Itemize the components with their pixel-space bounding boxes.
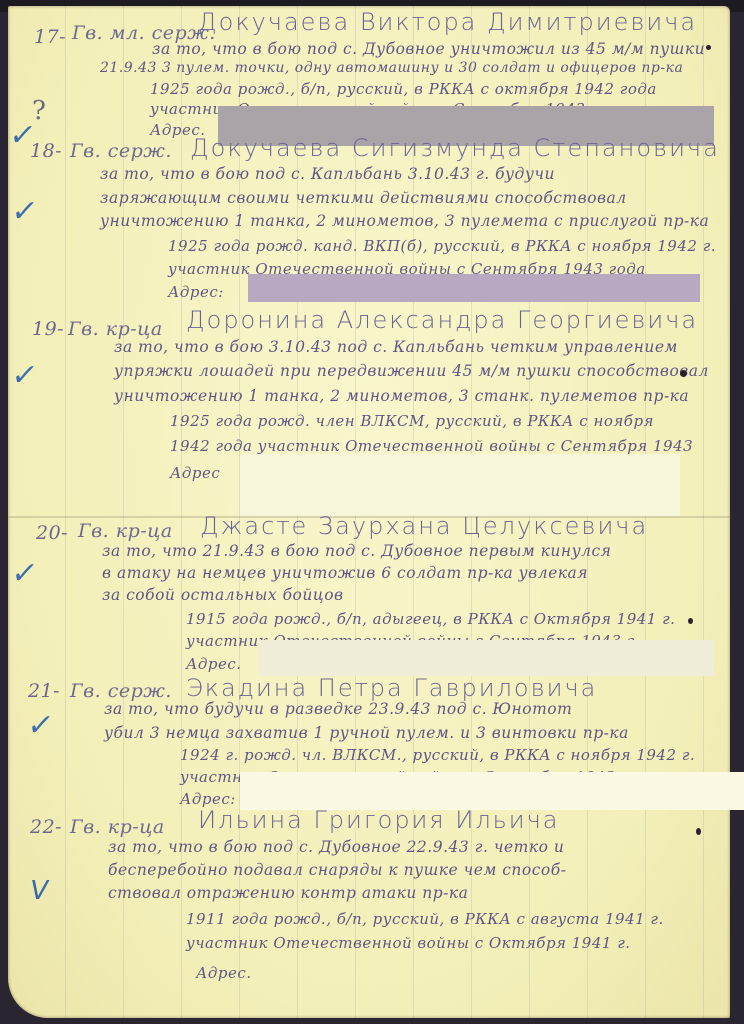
entry-citation-line: за то, что в бою под с. Дубовное уничтож… (152, 40, 705, 58)
redacted-address (248, 274, 700, 302)
entry-name: Докучаева Сигизмунда Степановича (190, 134, 720, 162)
entry-bio-line: 1911 года рожд., б/п, русский, в РККА с … (186, 910, 664, 928)
entry-citation-line: за то, что в бою 3.10.43 под с. Капльбан… (114, 338, 678, 356)
entry-bio-line: 1925 года рожд. член ВЛКСМ, русский, в Р… (170, 412, 654, 430)
entry-address-label: Адрес: (168, 283, 224, 301)
entry-number: 21- (28, 680, 60, 702)
redacted-address (258, 640, 714, 676)
entry-number: 19- (32, 318, 64, 340)
entry-name: Ильина Григория Ильича (198, 806, 560, 834)
entry-citation-line: убил 3 немца захватив 1 ручной пулем. и … (104, 724, 629, 742)
ink-blot (680, 370, 687, 377)
redacted-address (240, 454, 680, 516)
entry-number: 18- (30, 140, 62, 162)
entry-citation-line: за то, что будучи в разведке 23.9.43 под… (104, 700, 572, 718)
entry-bio-line: 1915 года рожд., б/п, адыгеец, в РККА с … (186, 610, 675, 628)
entry-name: Джасте Заурхана Целуксевича (200, 512, 648, 540)
entry-citation-line: бесперебойно подавал снаряды к пушке чем… (108, 861, 566, 879)
entry-citation-line: уничтожению 1 танка, 2 минометов, 3 пуле… (100, 212, 709, 230)
entry-number: 20- (36, 522, 68, 544)
entry-citation-line: в атаку на немцев уничтожив 6 солдат пр-… (102, 564, 588, 582)
entry-citation-line: ствовал отражению контр атаки пр-ка (108, 884, 468, 902)
entry-rank: Гв. серж. (70, 680, 172, 702)
entry-number: 17- (34, 26, 66, 48)
ink-blot (696, 828, 701, 835)
entry-address-label: Адрес (170, 464, 220, 482)
entry-bio-line: 1925 года рожд. канд. ВКП(б), русский, в… (168, 237, 716, 255)
entry-rank: Гв. кр-ца (70, 816, 165, 838)
entry-name: Докучаева Виктора Димитриевича (198, 8, 697, 36)
entry-bio-line: участник Отечественной войны с Октября 1… (186, 934, 631, 952)
entry-citation-line: заряжающим своими четкими действиями спо… (100, 189, 627, 207)
entry-bio-line: 1925 года рожд., б/п, русский, в РККА с … (150, 80, 657, 98)
entry-citation-line: за то, что 21.9.43 в бою под с. Дубовное… (102, 542, 611, 560)
entry-rank: Гв. кр-ца (78, 520, 173, 542)
redacted-address (240, 772, 744, 810)
entry-address-label: Адрес. (196, 964, 252, 982)
entry-name: Экадина Петра Гавриловича (186, 674, 597, 702)
entry-rank: Гв. кр-ца (68, 318, 163, 340)
ink-blot (706, 45, 711, 50)
ink-blot (688, 618, 693, 624)
entry-citation-line: уничтожению 1 танка, 2 минометов, 3 стан… (114, 387, 689, 405)
entry-address-label: Адрес. (186, 655, 242, 673)
entry-citation-line: упряжки лошадей при передвижении 45 м/м … (114, 362, 709, 380)
entry-name: Доронина Александра Георгиевича (186, 306, 698, 334)
entry-citation-line: за то, что в бою под с. Дубовное 22.9.43… (108, 838, 564, 856)
entry-citation-line: за собой остальных бойцов (102, 586, 344, 604)
entry-number: 22- (30, 816, 62, 838)
entry-citation-line: за то, что в бою под с. Капльбань 3.10.4… (100, 165, 555, 183)
entry-rank: Гв. серж. (70, 140, 172, 162)
entry-citation-line: 21.9.43 3 пулем. точки, одну автомашину … (100, 60, 683, 76)
entry-bio-line: 1924 г. рожд. чл. ВЛКСМ., русский, в РКК… (180, 746, 695, 764)
entry-bio-line: 1942 года участник Отечественной войны с… (170, 437, 693, 455)
